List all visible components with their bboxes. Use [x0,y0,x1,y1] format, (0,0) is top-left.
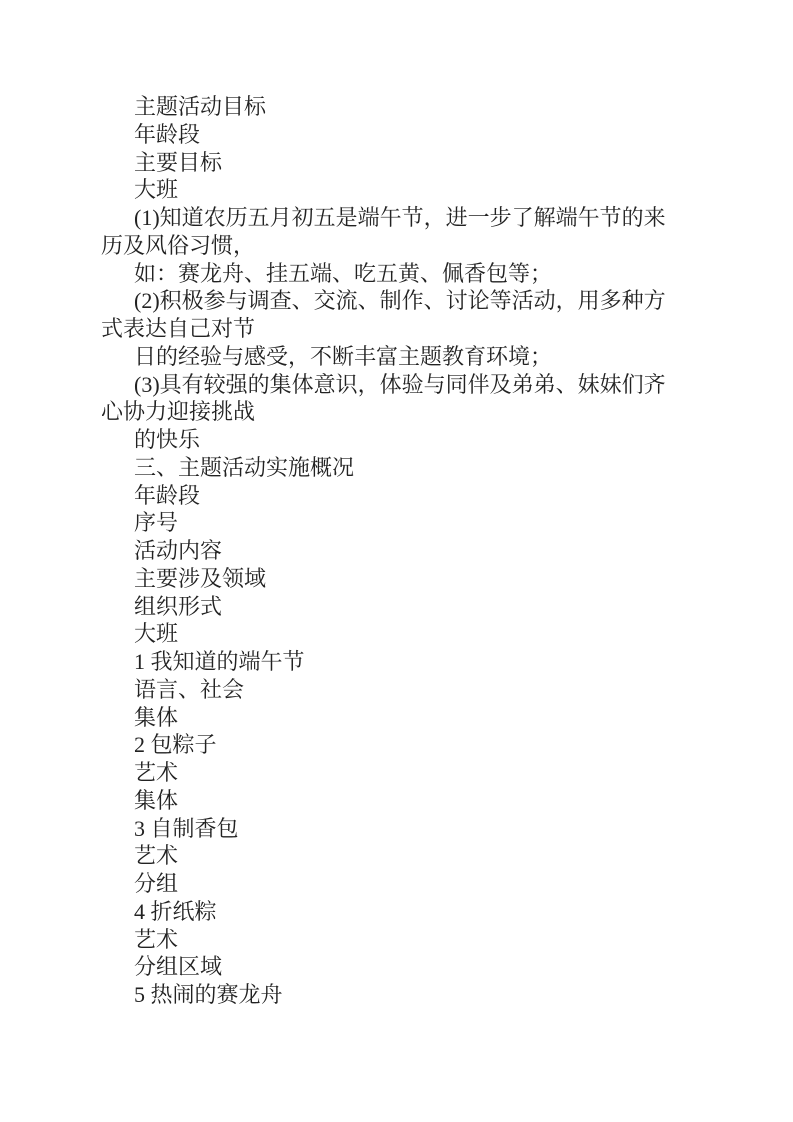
text-line: 5 热闹的赛龙舟 [101,981,741,1009]
text-line: 集体 [101,787,741,815]
text-line: 1 我知道的端午节 [101,648,741,676]
text-line: 心协力迎接挑战 [101,398,741,426]
text-line: 4 折纸粽 [101,898,741,926]
text-line: 3 自制香包 [101,815,741,843]
text-line: 年龄段 [101,121,741,149]
text-line: 年龄段 [101,482,741,510]
text-line: 艺术 [101,842,741,870]
text-line: 分组 [101,870,741,898]
text-line: (2)积极参与调查、交流、制作、讨论等活动，用多种方 [101,287,741,315]
text-line: 2 包粽子 [101,731,741,759]
text-line: (1)知道农历五月初五是端午节，进一步了解端午节的来 [101,204,741,232]
text-line: 主要目标 [101,149,741,177]
text-line: 组织形式 [101,593,741,621]
text-line: 语言、社会 [101,676,741,704]
text-line: 序号 [101,509,741,537]
text-line: 活动内容 [101,537,741,565]
text-line: 日的经验与感受，不断丰富主题教育环境； [101,343,741,371]
text-line: 艺术 [101,926,741,954]
text-line: 分组区域 [101,953,741,981]
text-line: 的快乐 [101,426,741,454]
text-line: 主题活动目标 [101,93,741,121]
text-line: 三、主题活动实施概况 [101,454,741,482]
text-line: (3)具有较强的集体意识，体验与同伴及弟弟、妹妹们齐 [101,371,741,399]
text-line: 大班 [101,176,741,204]
text-line: 历及风俗习惯， [101,232,741,260]
document-body: 主题活动目标 年龄段 主要目标 大班 (1)知道农历五月初五是端午节，进一步了解… [101,93,741,1009]
text-line: 集体 [101,704,741,732]
text-line: 艺术 [101,759,741,787]
text-line: 如：赛龙舟、挂五端、吃五黄、佩香包等； [101,260,741,288]
document-page: 主题活动目标 年龄段 主要目标 大班 (1)知道农历五月初五是端午节，进一步了解… [0,0,793,1122]
text-line: 式表达自己对节 [101,315,741,343]
text-line: 大班 [101,620,741,648]
text-line: 主要涉及领域 [101,565,741,593]
